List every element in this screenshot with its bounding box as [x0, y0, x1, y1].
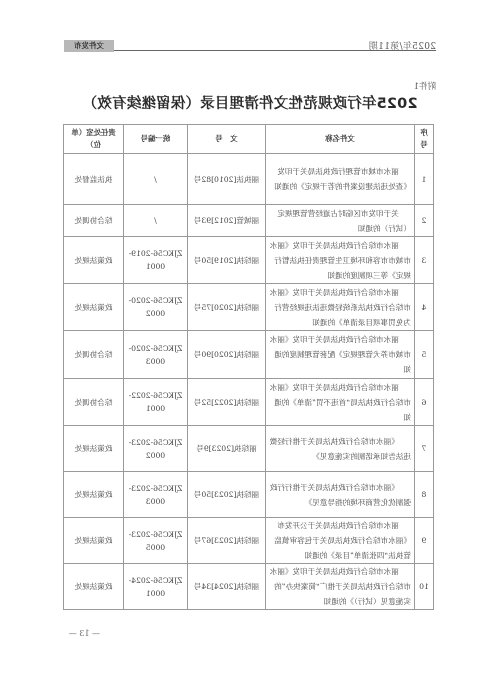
cell-dept: 政策法规处: [64, 472, 124, 518]
cell-code: ZJKC56-2024-0001: [124, 564, 188, 610]
cell-code: ZJKC56-2023-0005: [124, 518, 188, 564]
cell-no: 8: [415, 472, 434, 518]
cell-dept: 执法监督处: [64, 154, 124, 205]
table-row: 10 丽水市综合行政执法局关于印发《丽水市综合行政执法局关于推广“简案快办”的实…: [64, 564, 434, 610]
cell-dept: 政策法规处: [64, 237, 124, 284]
table-row: 3 丽水市综合行政执法局关于印发《丽水市城市市容和环境卫生管理责任执法暂行规定》…: [64, 237, 434, 284]
cell-doc-no: 丽综执[2019]50号: [188, 237, 266, 284]
cell-doc-no: 丽综执[2020]90号: [188, 331, 266, 379]
cell-code: ZJKC56-2023-0003: [124, 472, 188, 518]
catalog-table: 序号 文件名称 文 号 统一编号 责任处室（单位） 1 丽水市城市管理行政执法局…: [63, 124, 434, 610]
cell-doc-no: 丽综执[2023]9号: [188, 426, 266, 472]
col-header-no: 序号: [415, 125, 434, 154]
cell-doc-no: 丽城管[2012]93号: [188, 205, 266, 237]
section-tag: 文件发布: [64, 40, 114, 52]
cell-no: 7: [415, 426, 434, 472]
cell-no: 2: [415, 205, 434, 237]
cell-code: ZJKC56-2020-0002: [124, 284, 188, 331]
cell-doc-no: 丽综执[2024]34号: [188, 564, 266, 610]
cell-no: 5: [415, 331, 434, 379]
cell-no: 10: [415, 564, 434, 610]
table-row: 9 丽水市综合行政执法局关于公开发布《丽水市综合行政执法局关于包容审慎监管执法“…: [64, 518, 434, 564]
cell-name: 关于印发市区临时占道经营管理规定（试行）的通知: [266, 205, 415, 237]
table-row: 7 《丽水市综合行政执法局关于推行轻微违法告知承诺制的实施意见》 丽综执[202…: [64, 426, 434, 472]
col-header-code: 统一编号: [124, 125, 188, 154]
cell-no: 3: [415, 237, 434, 284]
cell-no: 1: [415, 154, 434, 205]
cell-code: /: [124, 205, 188, 237]
cell-doc-no: 丽综执[2023]50号: [188, 472, 266, 518]
table-row: 2 关于印发市区临时占道经营管理规定（试行）的通知 丽城管[2012]93号 /…: [64, 205, 434, 237]
cell-name: 丽水市综合行政执法局关于印发《丽水市综合行政执法局“首违不罚”清单》的通知: [266, 379, 415, 426]
table-row: 6 丽水市综合行政执法局关于印发《丽水市综合行政执法局“首违不罚”清单》的通知 …: [64, 379, 434, 426]
cell-dept: 政策法规处: [64, 564, 124, 610]
document-page: 2025年/第11期 文件发布 附件1 2025年行政规范性文件清理目录（保留继…: [0, 0, 500, 674]
attachment-label: 附件1: [414, 80, 436, 92]
cell-dept: 综合协调处: [64, 205, 124, 237]
cell-name: 丽水市综合行政执法局关于印发《丽水市城市市容和环境卫生管理责任执法暂行规定》等三…: [266, 237, 415, 284]
cell-dept: 综合协调处: [64, 331, 124, 379]
table-row: 8 《丽水市综合行政执法局关于推行行政强制优化营商环境的指导意见》 丽综执[20…: [64, 472, 434, 518]
header-divider: [114, 50, 436, 51]
cell-dept: 政策法规处: [64, 426, 124, 472]
cell-name: 丽水市综合行政执法局关于印发《丽水市综合行政执法局关于推广“简案快办”的实施意见…: [266, 564, 415, 610]
cell-doc-no: 丽综执[2020]75号: [188, 284, 266, 331]
cell-no: 6: [415, 379, 434, 426]
page-title: 2025年行政规范性文件清理目录（保留继续有效）: [0, 92, 500, 113]
cell-doc-no: 丽综执[2023]67号: [188, 518, 266, 564]
table-row: 5 丽水市综合行政执法局关于印发《丽水市城市养犬管理规定》配套管理制度的通知 丽…: [64, 331, 434, 379]
cell-doc-no: 丽综执[2022]52号: [188, 379, 266, 426]
table-row: 1 丽水市城市管理行政执法局关于印发《查处违法建设案件的若干规定》的通知 丽执法…: [64, 154, 434, 205]
cell-name: 丽水市综合行政执法局关于印发《丽水市综合行政执法系统轻微违法违规经营行为免罚事项…: [266, 284, 415, 331]
cell-code: ZJKC56-2022-0001: [124, 379, 188, 426]
table-header-row: 序号 文件名称 文 号 统一编号 责任处室（单位）: [64, 125, 434, 154]
cell-name: 丽水市综合行政执法局关于印发《丽水市城市养犬管理规定》配套管理制度的通知: [266, 331, 415, 379]
cell-dept: 综合协调处: [64, 379, 124, 426]
cell-doc-no: 丽执法[2010]82号: [188, 154, 266, 205]
cell-name: 丽水市综合行政执法局关于公开发布《丽水市综合行政执法局关于包容审慎监管执法“四张…: [266, 518, 415, 564]
cell-no: 9: [415, 518, 434, 564]
table-row: 4 丽水市综合行政执法局关于印发《丽水市综合行政执法系统轻微违法违规经营行为免罚…: [64, 284, 434, 331]
cell-dept: 政策法规处: [64, 518, 124, 564]
cell-name: 《丽水市综合行政执法局关于推行行政强制优化营商环境的指导意见》: [266, 472, 415, 518]
cell-code: ZJKC56-2019-0001: [124, 237, 188, 284]
cell-code: /: [124, 154, 188, 205]
cell-name: 《丽水市综合行政执法局关于推行轻微违法告知承诺制的实施意见》: [266, 426, 415, 472]
col-header-dept: 责任处室（单位）: [64, 125, 124, 154]
cell-name: 丽水市城市管理行政执法局关于印发《查处违法建设案件的若干规定》的通知: [266, 154, 415, 205]
cell-dept: 政策法规处: [64, 284, 124, 331]
cell-code: ZJKC56-2023-0002: [124, 426, 188, 472]
cell-code: ZJKC56-2020-0003: [124, 331, 188, 379]
cell-no: 4: [415, 284, 434, 331]
col-header-doc-no: 文 号: [188, 125, 266, 154]
col-header-name: 文件名称: [266, 125, 415, 154]
page-number: — 13 —: [69, 629, 100, 638]
